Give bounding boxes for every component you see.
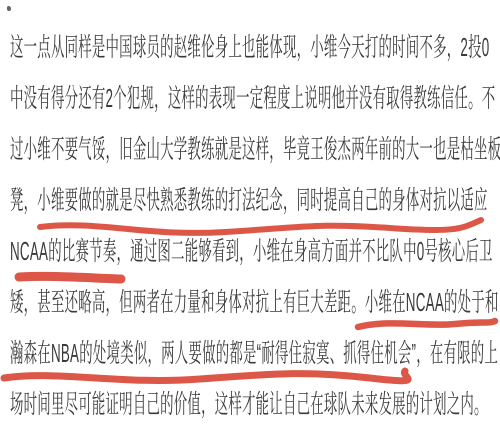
article-page: 这一点从同样是中国球员的赵维伦身上也能体现，小维今天打的时间不多，2投0 中没有… (0, 0, 500, 440)
paragraph-line-7: 瀚森在NBA的处境类似，两人要做的都是“耐得住寂寞、抓得住机会”，在有限的上 (10, 328, 500, 379)
paragraph-line-8: 场时间里尽可能证明自己的价值，这样才能让自己在球队未来发展的计划之内。 (10, 379, 500, 430)
paragraph-line-6: 矮，甚至还略高，但两者在力量和身体对抗上有巨大差距。小维在NCAA的处于和 (10, 277, 500, 328)
paragraph-line-1: 这一点从同样是中国球员的赵维伦身上也能体现，小维今天打的时间不多，2投0 (10, 22, 500, 73)
paragraph-text: 这一点从同样是中国球员的赵维伦身上也能体现，小维今天打的时间不多，2投0 中没有… (10, 22, 500, 430)
paragraph-line-2: 中没有得分还有2个犯规，这样的表现一定程度上说明他并没有取得教练信任。不 (10, 73, 500, 124)
paragraph-line-3: 过小维不要气馁，旧金山大学教练就是这样，毕竟王俊杰两年前的大一也是枯坐板 (10, 124, 500, 175)
paragraph-line-4: 凳，小维要做的就是尽快熟悉教练的打法纪念，同时提高自己的身体对抗以适应 (10, 175, 500, 226)
ink-speck (7, 6, 11, 11)
paragraph-line-5: NCAA的比赛节奏，通过图二能够看到，小维在身高方面并不比队中0号核心后卫 (10, 226, 500, 277)
